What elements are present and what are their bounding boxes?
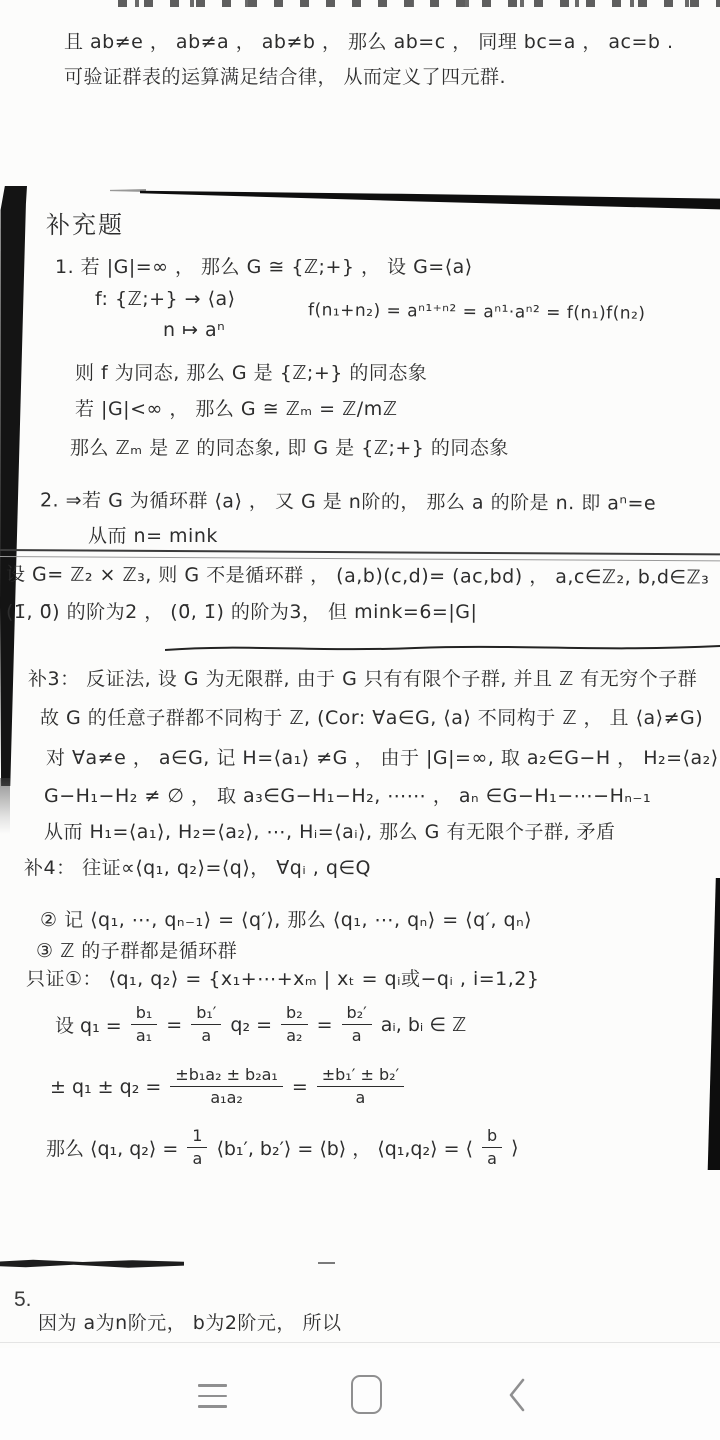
bu4-step3: ③ ℤ 的子群都是循环群 bbox=[36, 936, 237, 963]
bu3-line4: G−H₁−H₂ ≠ ∅ ， 取 a₃∈G−H₁−H₂, ⋯⋯ ， aₙ ∈G−H… bbox=[44, 781, 651, 808]
cutoff-text-fragments bbox=[118, 0, 720, 7]
bu3-line3: 对 ∀a≠e ， a∈G, 记 H=⟨a₁⟩ ≠G ， 由于 |G|=∞, 取 … bbox=[46, 743, 719, 770]
problem5-number: 5. bbox=[14, 1288, 32, 1312]
menu-icon bbox=[198, 1384, 227, 1408]
bu4-frac-line3: 那么 ⟨q₁, q₂⟩ = 1 a ⟨b₁′, b₂′⟩ = ⟨b⟩ ， ⟨q₁… bbox=[46, 1126, 519, 1169]
bu4-head: 补4： 往证∝⟨q₁, q₂⟩=⟨q⟩， ∀qᵢ , q∈Q bbox=[24, 853, 371, 880]
item1-hom-eq: f(n₁+n₂) = aⁿ¹⁺ⁿ² = aⁿ¹·aⁿ² = f(n₁)f(n₂) bbox=[308, 300, 646, 324]
item1-then2: 那么 ℤₘ 是 ℤ 的同态象, 即 G 是 {ℤ;+} 的同态象 bbox=[70, 433, 509, 460]
frac3-lead: 那么 ⟨q₁, q₂⟩ = bbox=[46, 1134, 178, 1161]
bu4-step2: ② 记 ⟨q₁, ⋯, qₙ₋₁⟩ = ⟨q′⟩, 那么 ⟨q₁, ⋯, qₙ⟩… bbox=[40, 905, 532, 932]
ink-smudge-dash bbox=[318, 1262, 335, 1264]
android-navbar bbox=[0, 1348, 720, 1440]
bu3-line5: 从而 H₁=⟨a₁⟩, H₂=⟨a₂⟩, ⋯, Hᵢ=⟨aᵢ⟩, 那么 G 有无… bbox=[44, 817, 616, 844]
section-divider bbox=[0, 549, 720, 556]
back-icon bbox=[508, 1377, 526, 1413]
equals: = bbox=[317, 1014, 333, 1036]
item2-line1: 2. ⇒若 G 为循环群 ⟨a⟩ ， 又 G 是 n阶的， 那么 a 的阶是 n… bbox=[40, 485, 656, 515]
home-icon bbox=[351, 1375, 382, 1414]
scan-edge-right-strip bbox=[705, 878, 720, 1170]
counterexample-line2: (1̄, 0̄) 的阶为2 ， (0̄, 1̄) 的阶为3， 但 mink=6=… bbox=[6, 597, 477, 624]
equals: = bbox=[166, 1014, 182, 1036]
wavy-divider bbox=[165, 641, 720, 657]
bu4-frac-line1: 设 q₁ = b₁ a₁ = b₁′ a q₂ = b₂ a₂ = b₂′ a … bbox=[55, 1003, 466, 1046]
item1-head: 1. 若 |G|=∞ ， 那么 G ≅ {ℤ;+} ， 设 G=⟨a⟩ bbox=[55, 252, 473, 279]
intro-line-1: 且 ab≠e ， ab≠a ， ab≠b ， 那么 ab=c ， 同理 bc=a… bbox=[64, 27, 674, 54]
fraction: b₂′ a bbox=[342, 1003, 372, 1046]
bu3-line1: 补3： 反证法, 设 G 为无限群, 由于 G 只有有限个子群, 并且 ℤ 有无… bbox=[28, 664, 697, 691]
fraction: 1 a bbox=[187, 1126, 207, 1169]
fraction: b₁ a₁ bbox=[131, 1003, 158, 1046]
fraction: ±b₁′ ± b₂′ a bbox=[317, 1065, 404, 1108]
counterexample-line1: 设 G= ℤ₂ × ℤ₃, 则 G 不是循环群 ， (a,b)(c,d)= (a… bbox=[6, 559, 709, 589]
menu-button[interactable] bbox=[184, 1370, 240, 1422]
item1-then1: 则 f 为同态, 那么 G 是 {ℤ;+} 的同态象 bbox=[75, 358, 427, 385]
item1-finite: 若 |G|<∞ ， 那么 G ≅ ℤₘ = ℤ/mℤ bbox=[75, 394, 397, 421]
ink-smudge-line bbox=[0, 1259, 184, 1269]
fraction: b₂ a₂ bbox=[281, 1003, 308, 1046]
frac3-mid: ⟨b₁′, b₂′⟩ = ⟨b⟩ ， ⟨q₁,q₂⟩ = ⟨ bbox=[216, 1134, 472, 1161]
bu4-frac-line2: ± q₁ ± q₂ = ±b₁a₂ ± b₂a₁ a₁a₂ = ±b₁′ ± b… bbox=[50, 1065, 404, 1108]
item2-line2: 从而 n= mink bbox=[88, 521, 218, 548]
frac1-mid: q₂ = bbox=[230, 1014, 272, 1036]
bu4-prove: 只证①： ⟨q₁, q₂⟩ = {x₁+⋯+xₘ | xₜ = qᵢ或−qᵢ ,… bbox=[26, 964, 539, 991]
page-bottom-rule bbox=[0, 1342, 720, 1343]
intro-line-2: 可验证群表的运算满足结合律， 从而定义了四元群. bbox=[64, 62, 506, 89]
scanned-notes-page: 且 ab≠e ， ab≠a ， ab≠b ， 那么 ab=c ， 同理 bc=a… bbox=[0, 0, 720, 1440]
frac2-lead: ± q₁ ± q₂ = bbox=[50, 1076, 161, 1098]
fraction: b₁′ a bbox=[191, 1003, 221, 1046]
fraction: ±b₁a₂ ± b₂a₁ a₁a₂ bbox=[170, 1065, 283, 1108]
item1-map-line1: f: {ℤ;+} → ⟨a⟩ bbox=[95, 288, 236, 310]
frac1-lead: 设 q₁ = bbox=[55, 1011, 122, 1038]
frac3-tail: ⟩ bbox=[511, 1137, 518, 1159]
fraction: b a bbox=[482, 1126, 502, 1169]
item1-map-line2: n ↦ aⁿ bbox=[163, 319, 225, 341]
home-button[interactable] bbox=[338, 1366, 394, 1422]
equals: = bbox=[292, 1076, 308, 1098]
scan-edge-left-strip bbox=[0, 186, 27, 786]
problem5-line: 因为 a为n阶元， b为2阶元， 所以 bbox=[38, 1308, 341, 1335]
bu3-line2: 故 G 的任意子群都不同构于 ℤ, (Cor: ∀a∈G, ⟨a⟩ 不同构于 ℤ… bbox=[40, 703, 703, 730]
supplement-title: 补充题 bbox=[46, 205, 124, 240]
back-button[interactable] bbox=[492, 1368, 542, 1422]
scan-edge-left-fade bbox=[0, 778, 10, 834]
scan-edge-band bbox=[140, 183, 720, 213]
frac1-tail: aᵢ, bᵢ ∈ ℤ bbox=[381, 1014, 466, 1036]
